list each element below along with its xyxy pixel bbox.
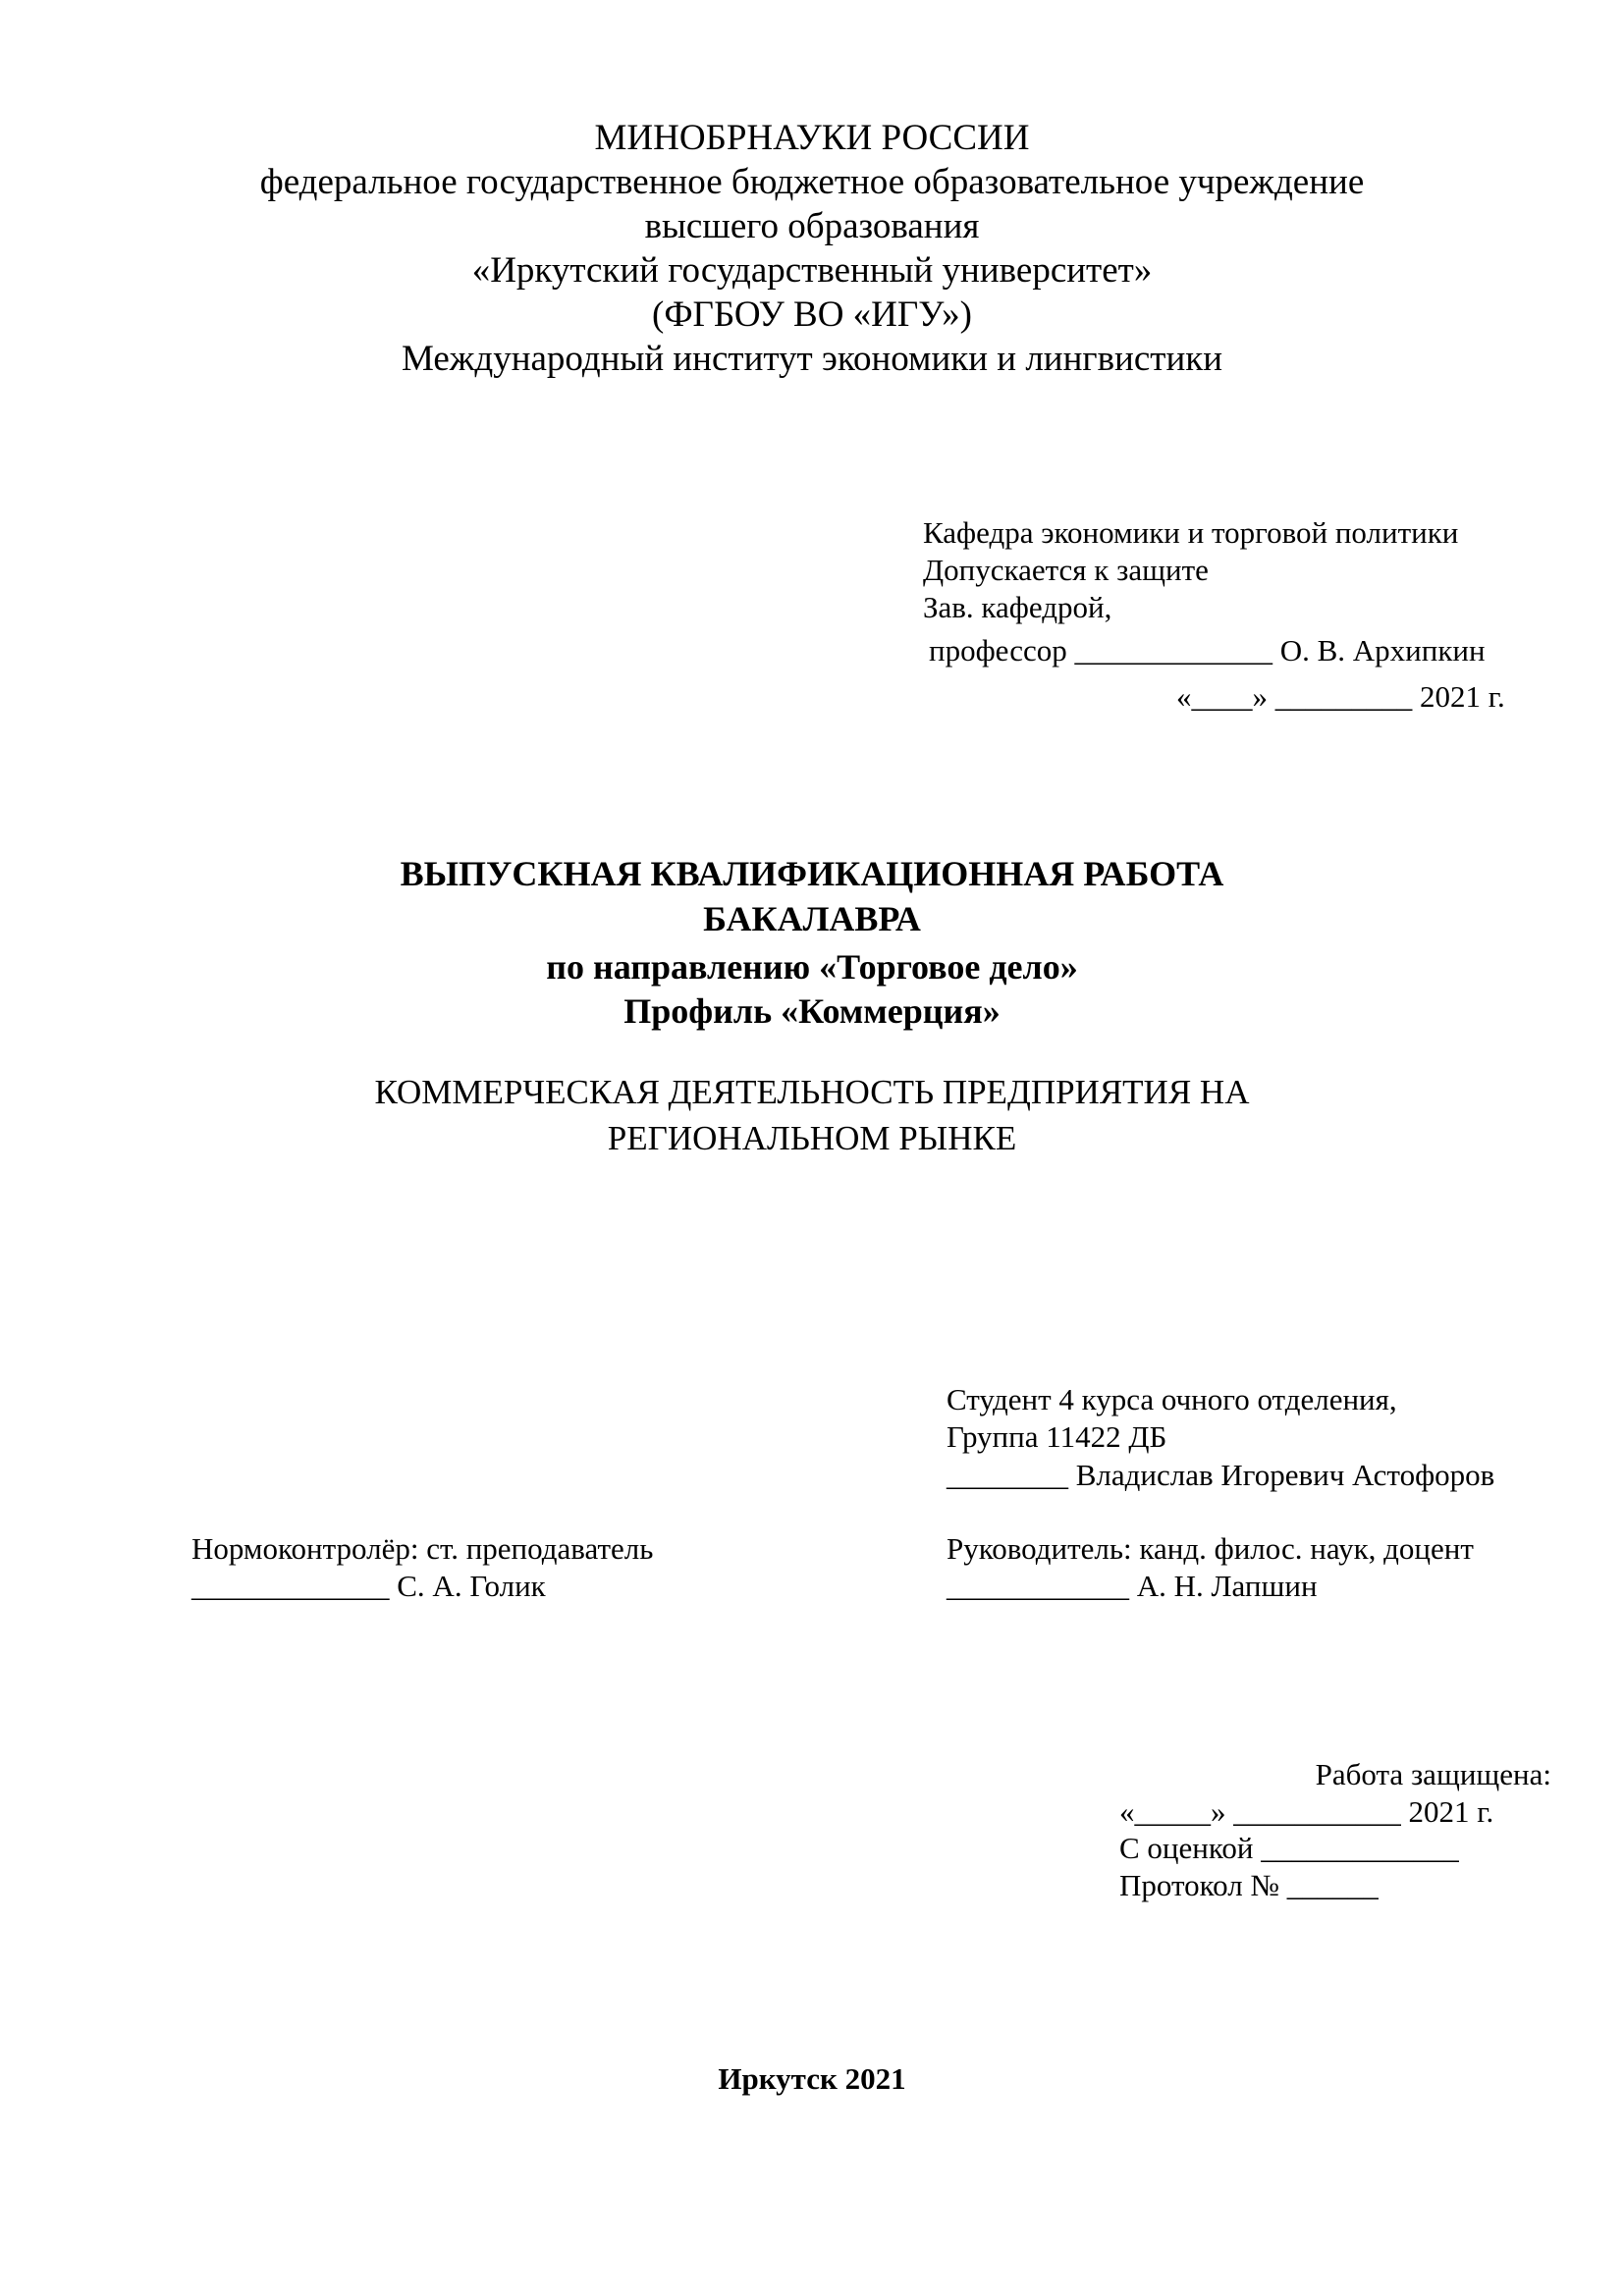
- student-course: Студент 4 курса очного отделения,: [947, 1384, 1397, 1415]
- student-group: Группа 11422 ДБ: [947, 1421, 1166, 1452]
- institute-name: Международный институт экономики и лингв…: [0, 341, 1624, 377]
- department-name: Кафедра экономики и торговой политики: [923, 517, 1458, 548]
- topic-line2: РЕГИОНАЛЬНОМ РЫНКЕ: [0, 1121, 1624, 1155]
- head-signature: профессор _____________ О. В. Архипкин: [929, 635, 1486, 666]
- work-type-line1: ВЫПУСКНАЯ КВАЛИФИКАЦИОННАЯ РАБОТА: [0, 856, 1624, 891]
- defense-date: «_____» ___________ 2021 г.: [1119, 1796, 1493, 1827]
- profile: Профиль «Коммерция»: [0, 993, 1624, 1029]
- student-signature: ________ Владислав Игоревич Астофоров: [947, 1460, 1494, 1490]
- direction: по направлению «Торговое дело»: [0, 949, 1624, 985]
- university-name: «Иркутский государственный университет»: [0, 252, 1624, 289]
- supervisor-title: Руководитель: канд. филос. наук, доцент: [947, 1533, 1474, 1564]
- defense-protocol: Протокол № ______: [1119, 1870, 1379, 1900]
- education-level: высшего образования: [0, 208, 1624, 244]
- institution-type: федеральное государственное бюджетное об…: [0, 164, 1624, 200]
- defense-grade: С оценкой _____________: [1119, 1833, 1459, 1863]
- city-year: Иркутск 2021: [0, 2063, 1624, 2094]
- university-abbreviation: (ФГБОУ ВО «ИГУ»): [0, 296, 1624, 333]
- ministry-name: МИНОБРНАУКИ РОССИИ: [0, 120, 1624, 156]
- norm-control-signature: _____________ С. А. Голик: [191, 1571, 546, 1601]
- norm-control-title: Нормоконтролёр: ст. преподаватель: [191, 1533, 653, 1564]
- head-title: Зав. кафедрой,: [923, 592, 1111, 622]
- supervisor-signature: ____________ А. Н. Лапшин: [947, 1571, 1318, 1601]
- topic-line1: КОММЕРЧЕСКАЯ ДЕЯТЕЛЬНОСТЬ ПРЕДПРИЯТИЯ НА: [0, 1075, 1624, 1109]
- work-type-line2: БАКАЛАВРА: [0, 901, 1624, 936]
- admitted-label: Допускается к защите: [923, 555, 1209, 585]
- approval-date: «____» _________ 2021 г.: [1176, 681, 1505, 712]
- defense-title: Работа защищена:: [1316, 1759, 1551, 1789]
